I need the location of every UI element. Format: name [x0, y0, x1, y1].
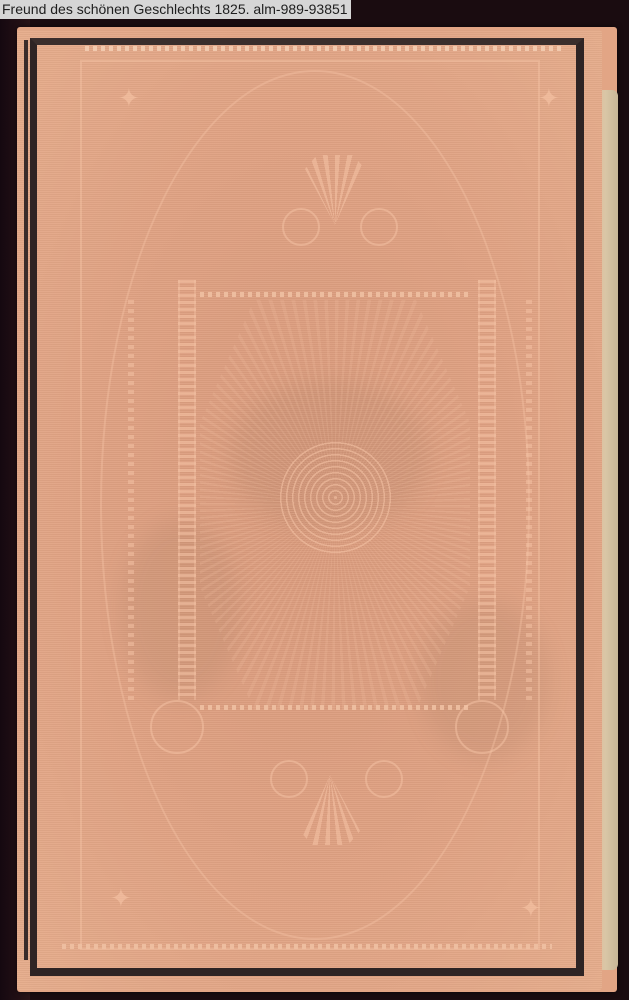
image-caption: Freund des schönen Geschlechts 1825. alm… — [0, 0, 351, 19]
black-border-rule — [30, 38, 584, 976]
left-inner-rule — [24, 40, 28, 960]
